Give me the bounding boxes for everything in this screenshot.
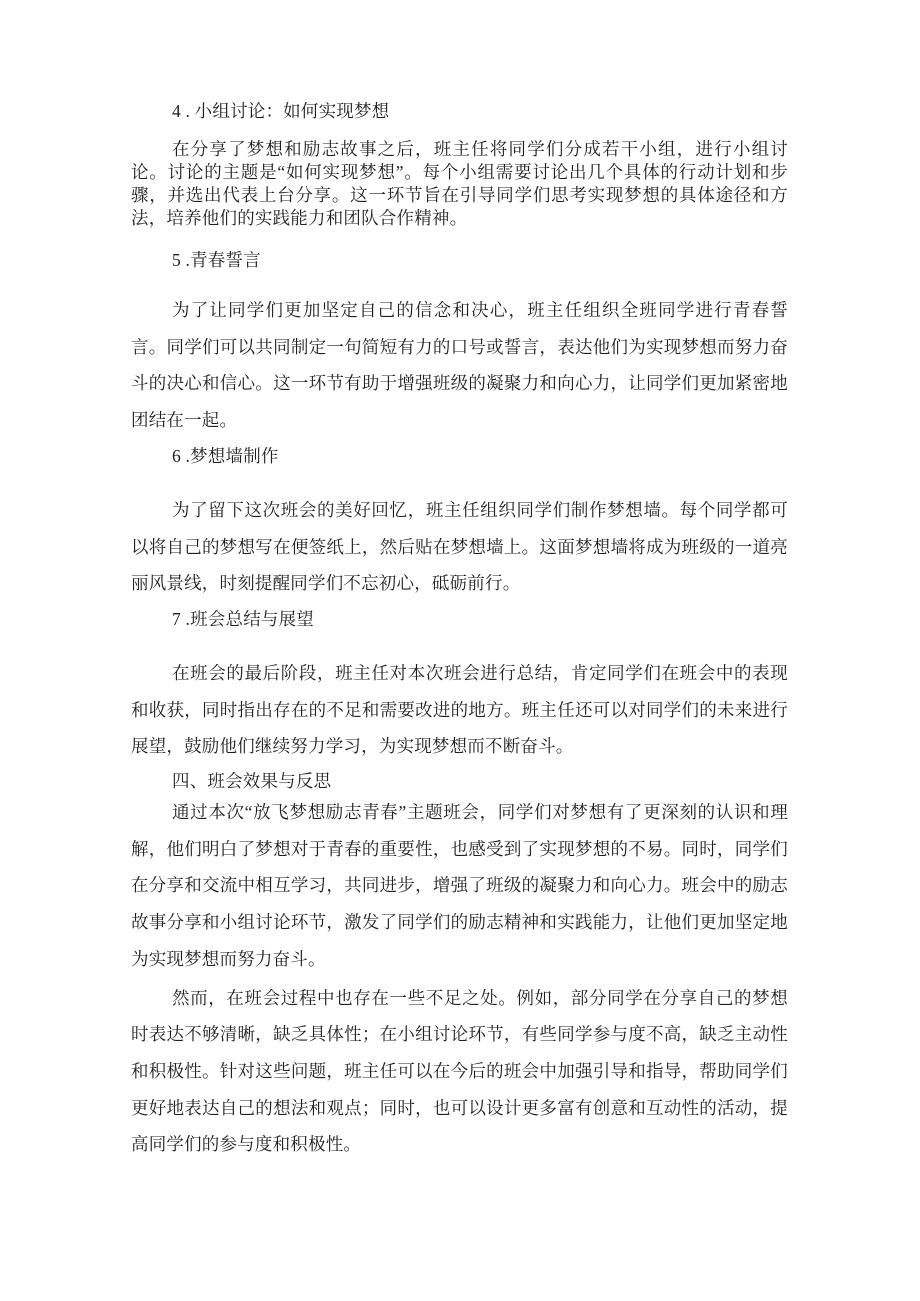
paragraph-dream-wall: 为了留下这次班会的美好回忆，班主任组织同学们制作梦想墙。每个同学都可以将自己的梦…	[131, 492, 788, 602]
paragraph-summary-outlook: 在班会的最后阶段，班主任对本次班会进行总结，肯定同学们在班会中的表现和收获，同时…	[131, 655, 788, 765]
section-heading-4: 4 . 小组讨论：如何实现梦想	[131, 100, 788, 123]
section-heading-effect: 四、班会效果与反思	[131, 770, 788, 793]
section-heading-5: 5 .青春誓言	[131, 249, 788, 272]
document-page: 4 . 小组讨论：如何实现梦想 在分享了梦想和励志故事之后，班主任将同学们分成若…	[0, 0, 920, 1301]
section-heading-6: 6 .梦想墙制作	[131, 445, 788, 468]
document-body: 4 . 小组讨论：如何实现梦想 在分享了梦想和励志故事之后，班主任将同学们分成若…	[0, 0, 920, 1163]
paragraph-youth-oath: 为了让同学们更加坚定自己的信念和决心，班主任组织全班同学进行青春誓言。同学们可以…	[131, 292, 788, 439]
paragraph-group-discussion: 在分享了梦想和励志故事之后，班主任将同学们分成若干小组，进行小组讨论。讨论的主题…	[131, 138, 788, 230]
paragraph-reflection: 然而，在班会过程中也存在一些不足之处。例如，部分同学在分享自己的梦想时表达不够清…	[131, 980, 788, 1164]
section-heading-7: 7 .班会总结与展望	[131, 608, 788, 631]
paragraph-meeting-effect: 通过本次“放飞梦想励志青春”主题班会，同学们对梦想有了更深刻的认识和理解，他们明…	[131, 794, 788, 978]
